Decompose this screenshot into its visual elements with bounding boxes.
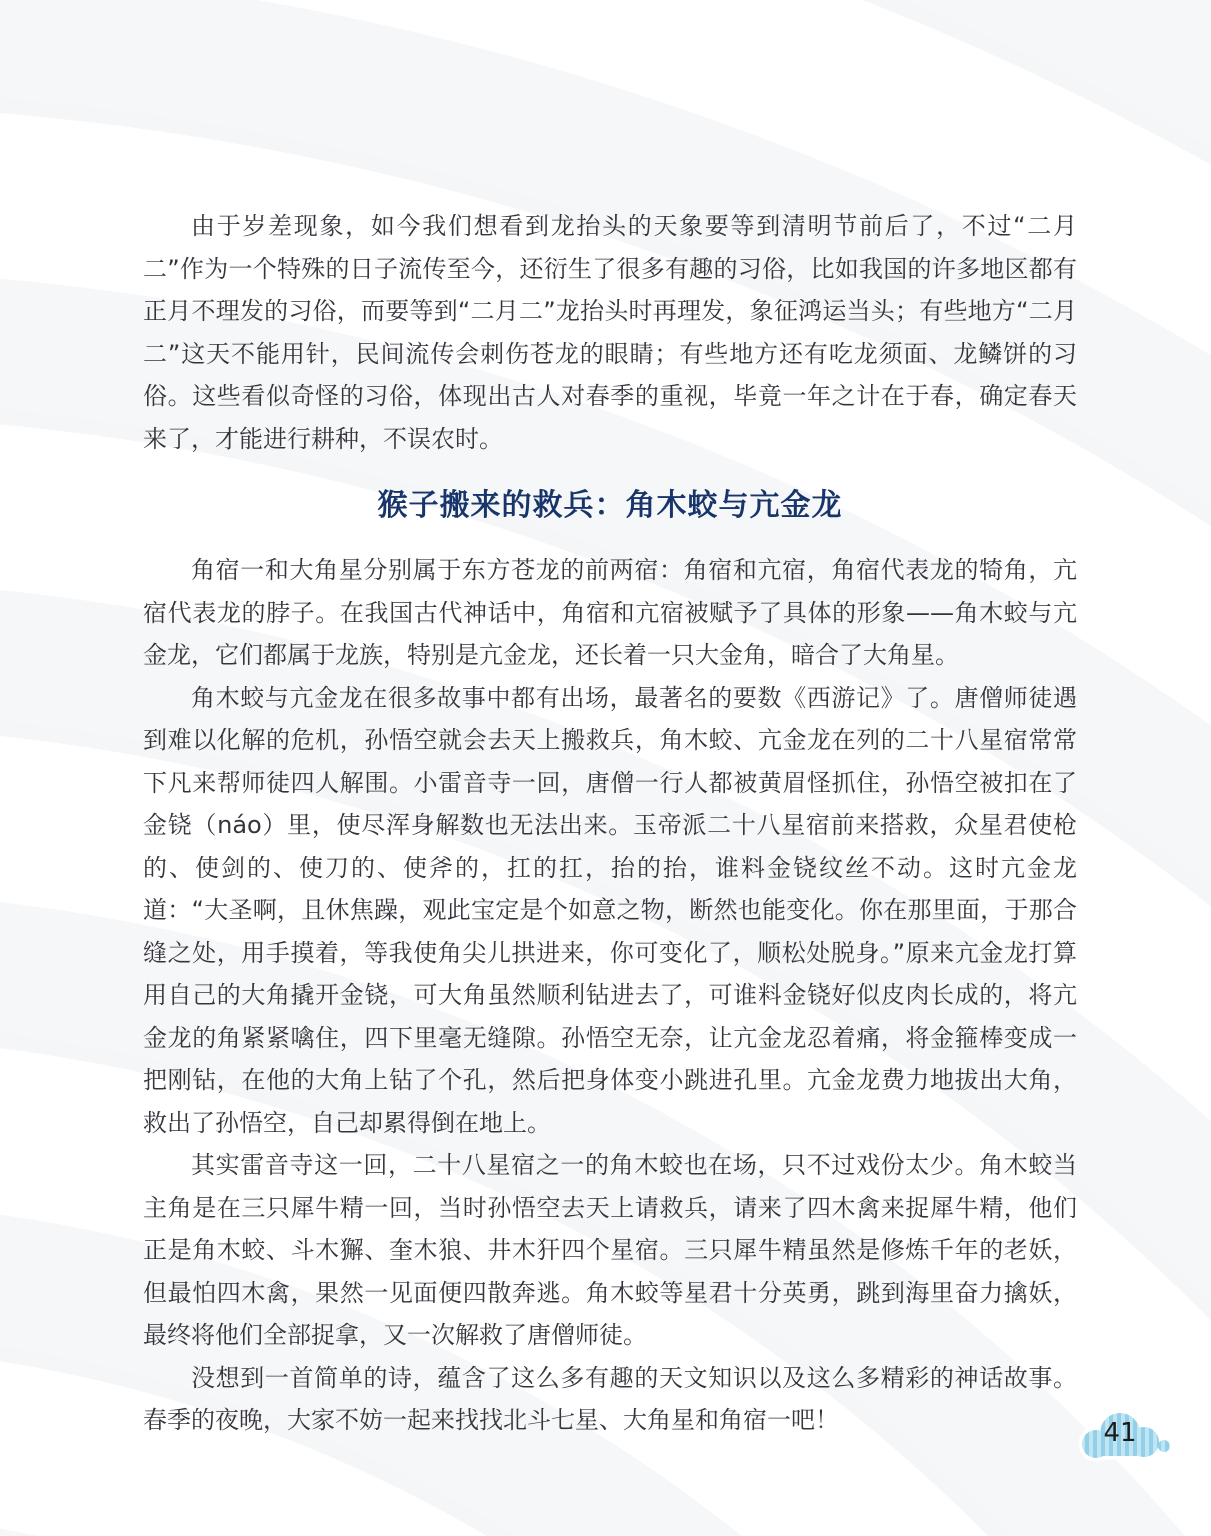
paragraph-rhino-spirits-story: 其实雷音寺这一回，二十八星宿之一的角木蛟也在场，只不过戏份太少。角木蛟当主角是在… — [143, 1144, 1077, 1357]
page-number: 41 — [1077, 1418, 1163, 1448]
book-page: 由于岁差现象，如今我们想看到龙抬头的天象要等到清明节前后了，不过“二月二”作为一… — [0, 0, 1211, 1536]
page-number-cloud: 41 — [1077, 1404, 1177, 1470]
page-content: 由于岁差现象，如今我们想看到龙抬头的天象要等到清明节前后了，不过“二月二”作为一… — [143, 205, 1077, 1442]
paragraph-jiaoxiu-kangxiu: 角宿一和大角星分别属于东方苍龙的前两宿：角宿和亢宿，角宿代表龙的犄角，亢宿代表龙… — [143, 549, 1077, 677]
section-heading: 猴子搬来的救兵：角木蛟与亢金龙 — [143, 486, 1077, 526]
paragraph-closing: 没想到一首简单的诗，蕴含了这么多有趣的天文知识以及这么多精彩的神话故事。春季的夜… — [143, 1357, 1077, 1442]
paragraph-journey-west-story: 角木蛟与亢金龙在很多故事中都有出场，最著名的要数《西游记》了。唐僧师徒遇到难以化… — [143, 677, 1077, 1145]
paragraph-precession-customs: 由于岁差现象，如今我们想看到龙抬头的天象要等到清明节前后了，不过“二月二”作为一… — [143, 205, 1077, 460]
